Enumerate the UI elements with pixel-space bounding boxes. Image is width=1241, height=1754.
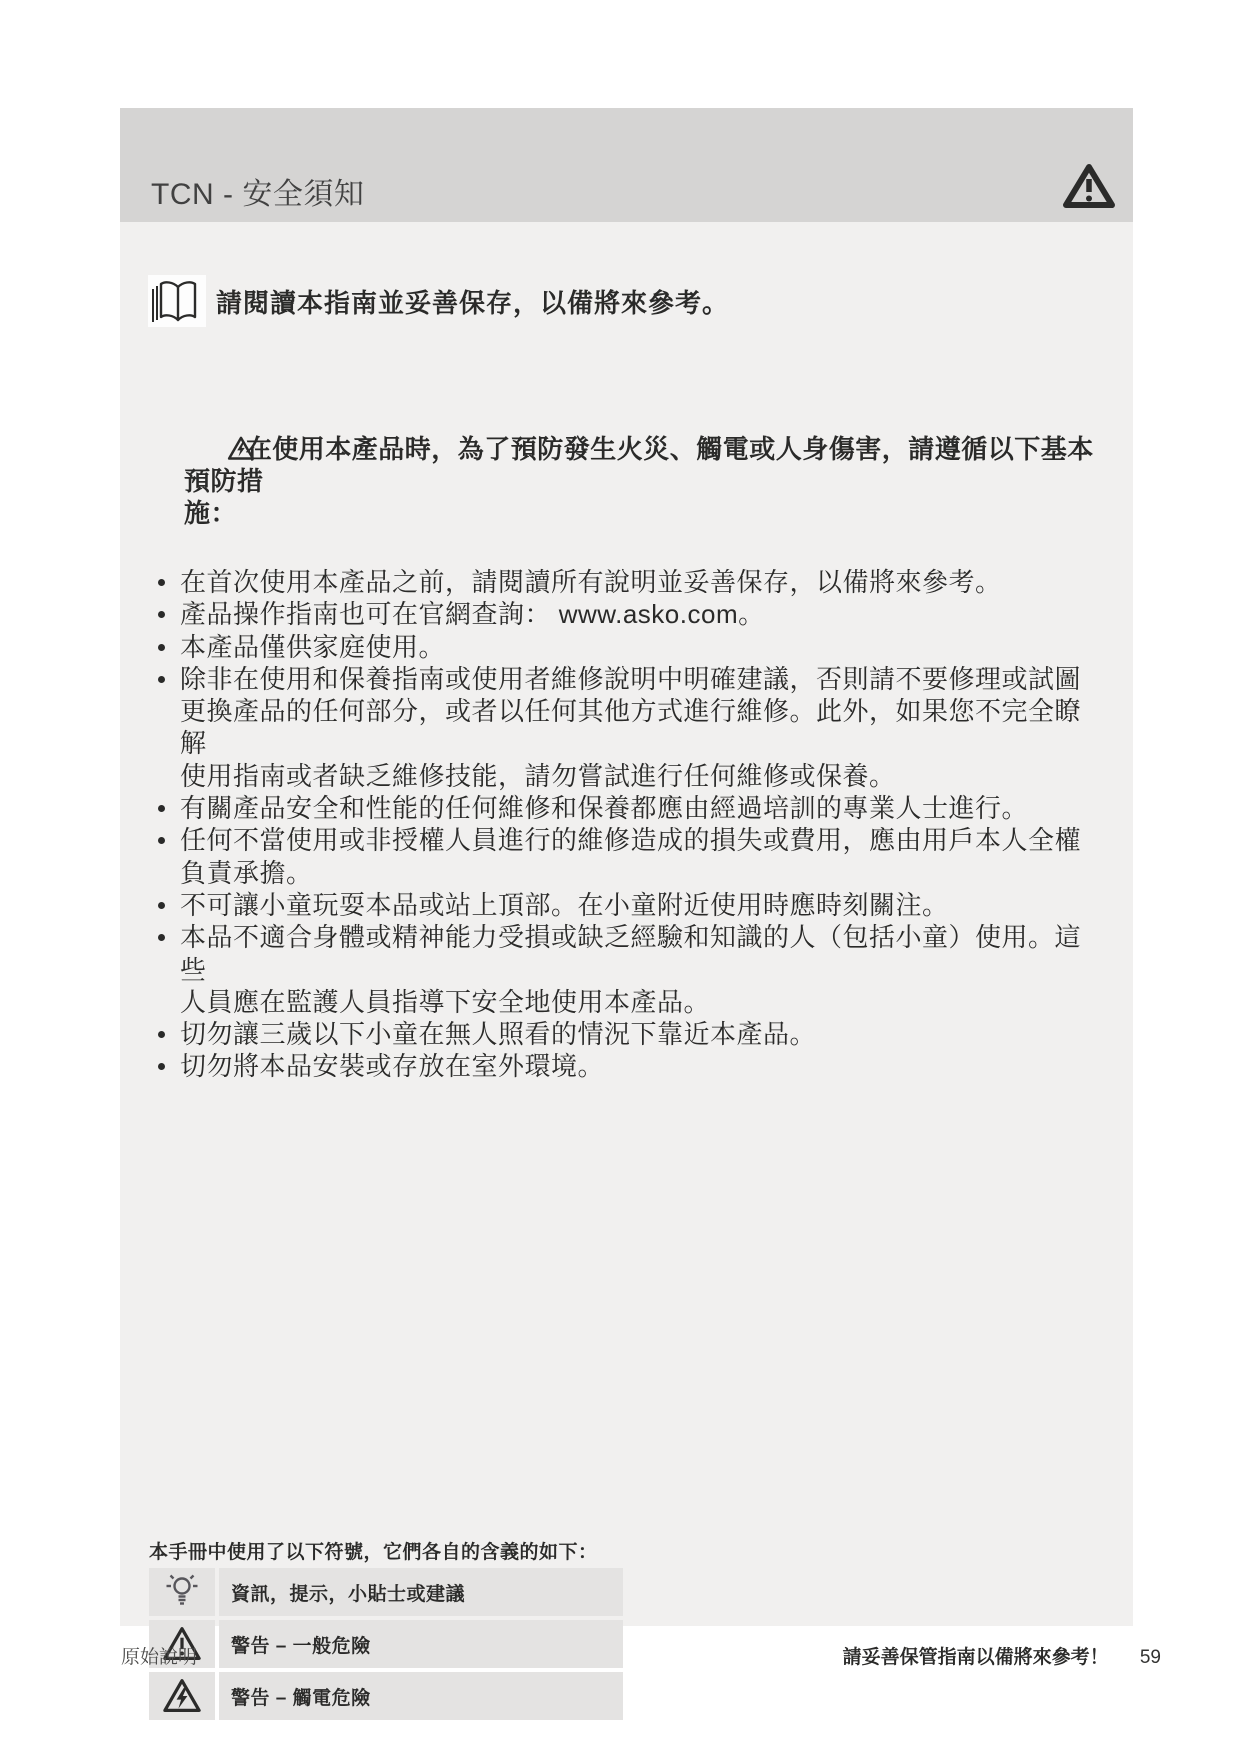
lightbulb-icon bbox=[149, 1568, 215, 1616]
safety-section: TCN - 安全須知 bbox=[120, 108, 1133, 1626]
footer-left: 原始說明 bbox=[121, 1642, 197, 1669]
symbol-label: 資訊，提示，小貼士或建議 bbox=[219, 1568, 623, 1616]
section-header: TCN - 安全須知 bbox=[120, 108, 1133, 222]
page-title: TCN - 安全須知 bbox=[151, 179, 364, 211]
open-book-icon bbox=[148, 275, 206, 327]
warning-electric-small-icon bbox=[150, 404, 255, 500]
manual-page: TCN - 安全須知 bbox=[0, 0, 1241, 1754]
page-footer: 原始說明 請妥善保管指南以備將來參考！ 59 bbox=[121, 1642, 1161, 1669]
read-note-text: 請閱讀本指南並妥善保存，以備將來參考。 bbox=[216, 283, 729, 320]
list-item: 不可讓小童玩耍本品或站上頂部。在小童附近使用時應時刻關注。 bbox=[148, 889, 1103, 921]
precautions-heading-text: 在使用本產品時，為了預防發生火災、觸電或人身傷害，請遵循以下基本預防措 施： bbox=[184, 434, 1094, 528]
list-item: 有關產品安全和性能的任何維修和保養都應由經過培訓的專業人士進行。 bbox=[148, 792, 1103, 824]
read-note: 請閱讀本指南並妥善保存，以備將來參考。 bbox=[148, 222, 1103, 327]
symbol-row: 警告 – 觸電危險 bbox=[149, 1672, 623, 1720]
list-item: 本產品僅供家庭使用。 bbox=[148, 631, 1103, 663]
warning-electric-icon bbox=[149, 1672, 215, 1720]
precautions-list: 在首次使用本產品之前，請閱讀所有說明並妥善保存，以備將來參考。 產品操作指南也可… bbox=[148, 566, 1103, 1083]
list-item: 本品不適合身體或精神能力受損或缺乏經驗和知識的人（包括小童）使用。這些 人員應在… bbox=[148, 921, 1103, 1018]
symbol-row: 資訊，提示，小貼士或建議 bbox=[149, 1568, 623, 1616]
list-item: 產品操作指南也可在官網查詢： www.asko.com。 bbox=[148, 598, 1103, 630]
list-item: 除非在使用和保養指南或使用者維修說明中明確建議，否則請不要修理或試圖 更換產品的… bbox=[148, 663, 1103, 792]
list-item: 切勿將本品安裝或存放在室外環境。 bbox=[148, 1050, 1103, 1082]
symbols-legend: 本手冊中使用了以下符號，它們各自的含義的如下： bbox=[149, 1542, 623, 1720]
symbols-caption: 本手冊中使用了以下符號，它們各自的含義的如下： bbox=[149, 1542, 623, 1564]
list-item: 任何不當使用或非授權人員進行的維修造成的損失或費用，應由用戶本人全權 負責承擔。 bbox=[148, 824, 1103, 889]
list-item: 切勿讓三歲以下小童在無人照看的情況下靠近本產品。 bbox=[148, 1018, 1103, 1050]
page-number: 59 bbox=[1140, 1647, 1161, 1668]
symbol-label: 警告 – 觸電危險 bbox=[219, 1672, 623, 1720]
footer-right: 請妥善保管指南以備將來參考！ 59 bbox=[843, 1642, 1161, 1669]
precautions-heading: 在使用本產品時，為了預防發生火災、觸電或人身傷害，請遵循以下基本預防措 施： bbox=[148, 401, 1103, 561]
warning-triangle-icon bbox=[1061, 162, 1117, 210]
section-body: 請閱讀本指南並妥善保存，以備將來參考。 在使用本產品時，為了預防發生火災、觸電或… bbox=[120, 222, 1133, 1626]
list-item: 在首次使用本產品之前，請閱讀所有說明並妥善保存，以備將來參考。 bbox=[148, 566, 1103, 598]
footer-right-text: 請妥善保管指南以備將來參考！ bbox=[843, 1647, 1109, 1668]
